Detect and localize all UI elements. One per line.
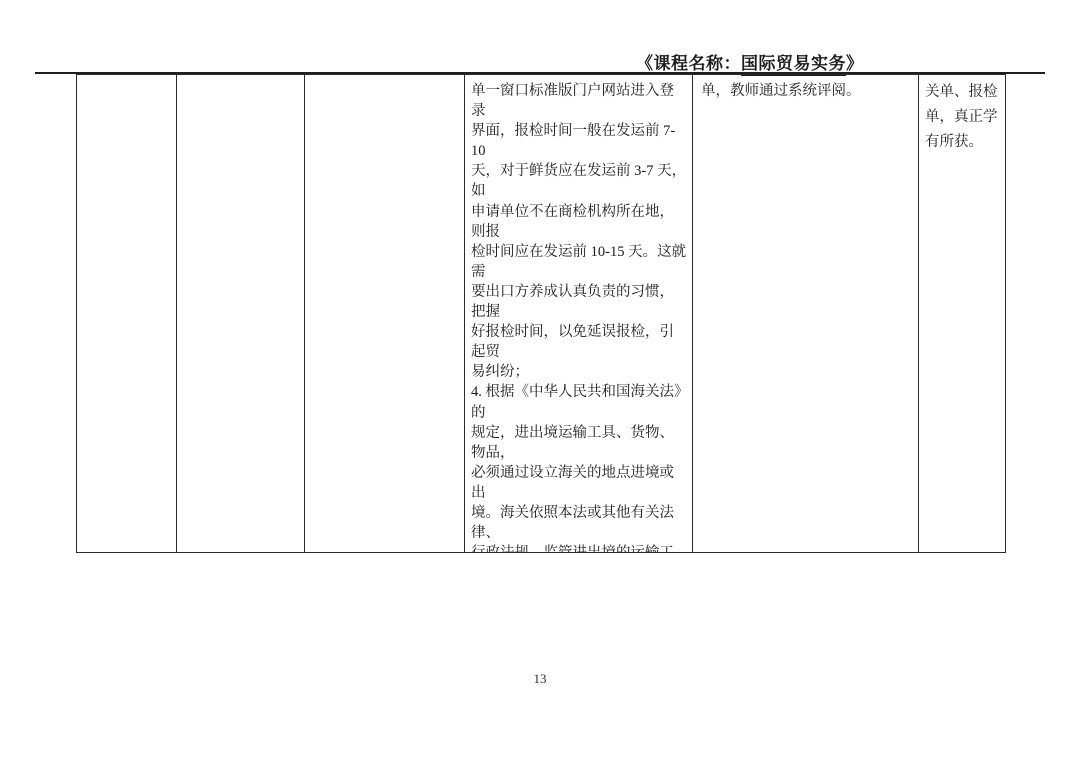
table-cell-1 xyxy=(77,75,177,552)
table-cell-teaching-content: 单一窗口标准版门户网站进入登录 界面，报检时间一般在发运前 7-10 天，对于鲜… xyxy=(465,75,693,552)
table-cell-assessment: 单，教师通过系统评阅。 xyxy=(693,75,919,552)
course-title-prefix: 《课程名称： xyxy=(636,54,741,73)
table-cell-2 xyxy=(177,75,305,552)
table-cell-outcome: 关单、报检 单，真正学 有所获。 xyxy=(919,75,1005,552)
course-title: 《课程名称：国际贸易实务》 xyxy=(636,49,864,74)
course-title-suffix: 》 xyxy=(846,54,864,73)
table-cell-3 xyxy=(305,75,465,552)
page-number: 13 xyxy=(0,671,1080,687)
course-schedule-table: 单一窗口标准版门户网站进入登录 界面，报检时间一般在发运前 7-10 天，对于鲜… xyxy=(76,74,1006,553)
document-page: 《课程名称：国际贸易实务》 单一窗口标准版门户网站进入登录 界面，报检时间一般在… xyxy=(0,0,1080,764)
